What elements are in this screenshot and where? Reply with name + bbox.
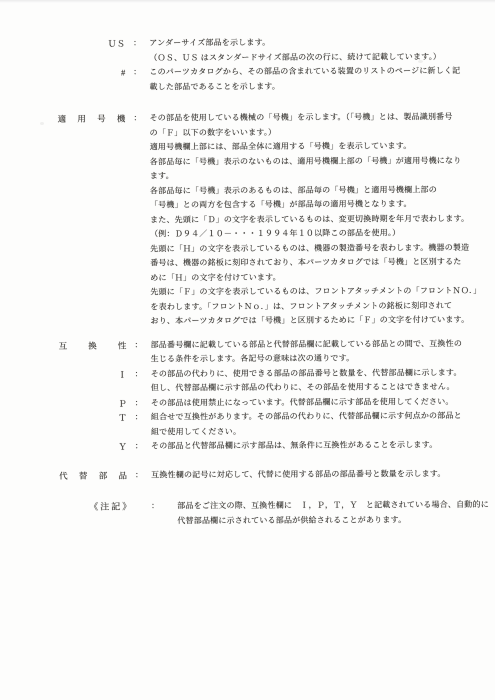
text-line: を表わします。「フロントＮｏ．」は、フロントアタッチメントの銘板に刻印されて bbox=[150, 299, 466, 315]
entry-body: その部品と代替部品欄に示す部品は、無条件に互換性があることを示します。 bbox=[151, 438, 467, 454]
entry-body: その部品を使用している機械の「号機」を示します。（「号機」とは、製品識別番号の「… bbox=[150, 110, 467, 329]
text-line: 互換性欄の記号に対応して、代替に使用する部品の部品番号と数量を示します。 bbox=[151, 467, 467, 483]
entry-body: 組合せで互換性があります。その部品の代わりに、代替部品欄に示す何点かの部品と組で… bbox=[151, 409, 467, 439]
section-gap bbox=[59, 481, 495, 500]
separator-colon: ： bbox=[127, 439, 151, 454]
term-label: 《注記》 bbox=[89, 499, 143, 514]
text-line: 先頭に「Ｆ」の文字を表示しているものは、フロントアタッチメントの「フロントＮＯ．… bbox=[150, 284, 466, 300]
text-line: 組で使用してください。 bbox=[151, 424, 467, 440]
separator-colon: ： bbox=[127, 367, 151, 382]
text-line: 部品番号欄に記載している部品と代替部品欄に記載している部品との間で、互換性の bbox=[151, 337, 467, 353]
legend-entry: ＵＳ ： アンダーサイズ部品を示します。（ＯＳ、ＵＳ はスタンダードサイズ部品の… bbox=[57, 35, 494, 66]
entry-body: その部品は使用禁止になっています。代替部品欄に示す部品を使用してください。 bbox=[151, 395, 467, 411]
term-label: ＵＳ bbox=[57, 37, 125, 52]
text-line: その部品は使用禁止になっています。代替部品欄に示す部品を使用してください。 bbox=[151, 395, 467, 411]
term-label: # bbox=[57, 66, 125, 81]
separator-colon: ： bbox=[127, 396, 151, 411]
separator-colon: ： bbox=[125, 65, 149, 80]
text-line: その部品の代わりに、使用できる部品の部品番号と数量を、代替部品欄に示します。 bbox=[151, 366, 467, 382]
text-line: 部品をご注文の際、互換性欄に Ｉ，Ｐ，Ｔ，Ｙ と記載されている場合、自動的に bbox=[177, 498, 463, 514]
term-label: 代替部品 bbox=[59, 468, 127, 483]
legend-entry: 《注記》 ： 部品をご注文の際、互換性欄に Ｉ，Ｐ，Ｔ，Ｙ と記載されている場合… bbox=[89, 498, 495, 529]
separator-colon: ： bbox=[126, 111, 150, 126]
text-line: その部品を使用している機械の「号機」を示します。（「号機」とは、製品識別番号 bbox=[150, 110, 466, 126]
text-line: また、先頭に「Ｄ」の文字を表示しているものは、変更切換時期を年月で表わします。 bbox=[150, 212, 466, 228]
separator-colon: ： bbox=[127, 468, 151, 483]
text-line: おり、本パーツカタログでは「号機」と区別するために「Ｆ」の文字を付けています。 bbox=[150, 313, 466, 329]
separator-colon: ： bbox=[127, 410, 151, 425]
text-line: 各部品毎に「号機」表示のあるものは、部品毎の「号機」と適用号機欄上部の bbox=[150, 183, 466, 199]
term-label-char: 機 bbox=[117, 112, 126, 127]
term-label-char: 適 bbox=[58, 112, 67, 127]
legend-entry: 互換性 ： 部品番号欄に記載している部品と代替部品欄に記載している部品との間で、… bbox=[59, 336, 495, 367]
text-line: 番号は、機器の銘板に刻印されており、本パーツカタログでは「号機」と区別するた bbox=[150, 255, 466, 271]
text-line: 「号機」との両方を包含する「号機」が部品毎の適用号機となります。 bbox=[150, 197, 466, 213]
document-body: ＵＳ ： アンダーサイズ部品を示します。（ＯＳ、ＵＳ はスタンダードサイズ部品の… bbox=[0, 0, 495, 529]
term-label-char: 用 bbox=[77, 112, 86, 127]
separator-colon: ： bbox=[127, 338, 151, 353]
separator-colon: ： bbox=[125, 36, 149, 51]
term-label-char: 換 bbox=[88, 338, 97, 353]
entry-body: その部品の代わりに、使用できる部品の部品番号と数量を、代替部品欄に示します。但し… bbox=[151, 366, 467, 396]
text-line: （例：Ｄ９４／１０－・・・１９９４年１０以降この部品を使用。） bbox=[150, 226, 466, 242]
legend-entry: Ｔ ： 組合せで互換性があります。その部品の代わりに、代替部品欄に示す何点かの部… bbox=[59, 409, 495, 440]
term-label-char: 替 bbox=[79, 468, 88, 483]
text-line: 組合せで互換性があります。その部品の代わりに、代替部品欄に示す何点かの部品と bbox=[151, 409, 467, 425]
term-label-char: 号 bbox=[97, 112, 106, 127]
text-line: 生じる条件を示します。各記号の意味は次の通りです。 bbox=[151, 351, 467, 367]
term-label-char: 性 bbox=[118, 338, 127, 353]
text-line: （ＯＳ、ＵＳ はスタンダードサイズ部品の次の行に、続けて記載しています。） bbox=[149, 50, 465, 66]
text-line: の「Ｆ」以下の数字をいいます。） bbox=[150, 125, 466, 141]
text-line: 載した部品であることを示します。 bbox=[149, 79, 465, 95]
legend-entry: Ｙ ： その部品と代替部品欄に示す部品は、無条件に互換性があることを示します。 bbox=[59, 438, 495, 454]
term-label: Ｙ bbox=[59, 440, 127, 455]
entry-body: 部品番号欄に記載している部品と代替部品欄に記載している部品との間で、互換性の生じ… bbox=[151, 337, 467, 367]
text-line: 適用号機欄上部には、部品全体に適用する「号機」を表示しています。 bbox=[150, 139, 466, 155]
text-line: このパーツカタログから、その部品の含まれている装置のリストのページに新しく記 bbox=[149, 64, 465, 80]
entry-body: このパーツカタログから、その部品の含まれている装置のリストのページに新しく記載し… bbox=[149, 64, 465, 94]
text-line: 代替部品欄に示されている部品が供給されることがあります。 bbox=[177, 513, 463, 529]
entry-body: アンダーサイズ部品を示します。（ＯＳ、ＵＳ はスタンダードサイズ部品の次の行に、… bbox=[149, 35, 465, 65]
term-label: 互換性 bbox=[59, 338, 127, 353]
legend-entry: 代替部品 ： 互換性欄の記号に対応して、代替に使用する部品の部品番号と数量を示し… bbox=[59, 466, 495, 482]
term-label: 適用号機 bbox=[58, 112, 126, 127]
separator-colon: ： bbox=[143, 499, 167, 514]
entry-body: 互換性欄の記号に対応して、代替に使用する部品の部品番号と数量を示します。 bbox=[151, 467, 467, 483]
legend-entry: # ： このパーツカタログから、その部品の含まれている装置のリストのページに新し… bbox=[57, 64, 494, 95]
legend-entry: 適用号機 ： その部品を使用している機械の「号機」を示します。（「号機」とは、製… bbox=[58, 110, 495, 329]
term-label: Ｐ bbox=[59, 396, 127, 411]
term-label: Ｉ bbox=[59, 367, 127, 382]
text-line: 先頭に「Ｈ」の文字を表示しているものは、機器の製造番号を表わします。機器の製造 bbox=[150, 241, 466, 257]
term-label-char: 代 bbox=[59, 468, 68, 483]
text-line: 但し、代替部品欄に示す部品の代わりに、その部品を使用することはできません。 bbox=[151, 380, 467, 396]
term-label: Ｔ bbox=[59, 411, 127, 426]
term-label-char: 互 bbox=[59, 338, 68, 353]
term-label-char: 部 bbox=[99, 468, 108, 483]
text-line: めに「Ｈ」の文字を付けています。 bbox=[150, 270, 466, 286]
text-line: 各部品毎に「号機」表示のないものは、適用号機欄上部の「号機」が適用号機になり bbox=[150, 154, 466, 170]
section-gap bbox=[57, 93, 494, 112]
text-line: アンダーサイズ部品を示します。 bbox=[149, 35, 465, 51]
scanned-page: ＵＳ ： アンダーサイズ部品を示します。（ＯＳ、ＵＳ はスタンダードサイズ部品の… bbox=[0, 0, 495, 700]
text-line: ます。 bbox=[150, 168, 466, 184]
text-line: その部品と代替部品欄に示す部品は、無条件に互換性があることを示します。 bbox=[151, 438, 467, 454]
term-label-char: 品 bbox=[118, 468, 127, 483]
entry-body: 部品をご注文の際、互換性欄に Ｉ，Ｐ，Ｔ，Ｙ と記載されている場合、自動的に代替… bbox=[177, 498, 463, 528]
legend-entry: Ｉ ： その部品の代わりに、使用できる部品の部品番号と数量を、代替部品欄に示しま… bbox=[59, 365, 495, 396]
